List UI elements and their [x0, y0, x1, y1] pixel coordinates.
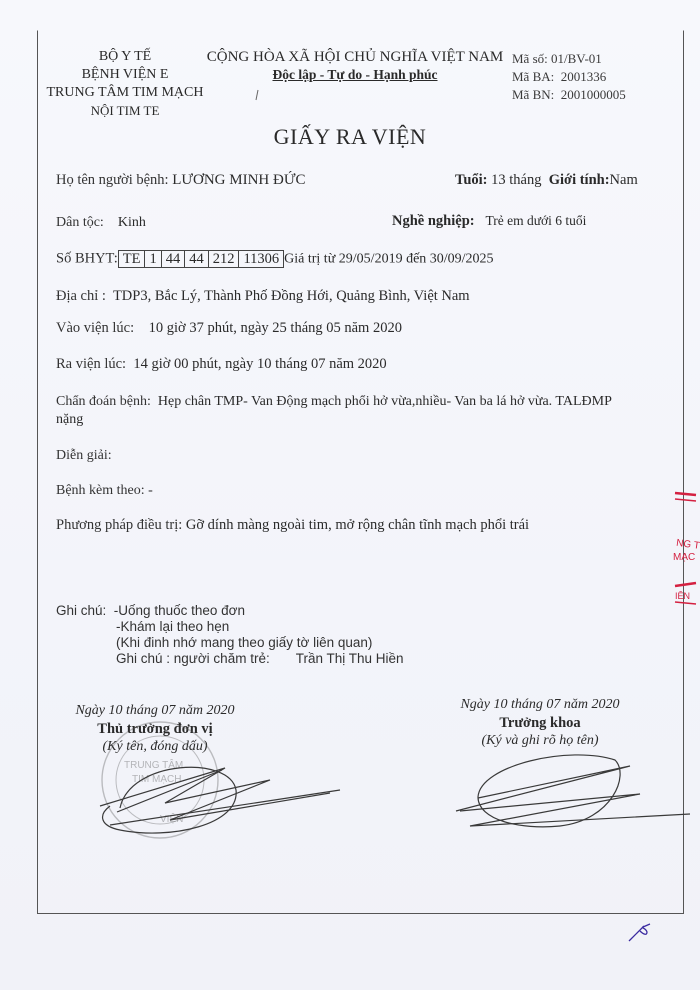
document-page: BỘ Y TẾ BỆNH VIỆN E TRUNG TÂM TIM MẠCH N… [0, 0, 700, 990]
pen-tick-icon [0, 0, 700, 990]
